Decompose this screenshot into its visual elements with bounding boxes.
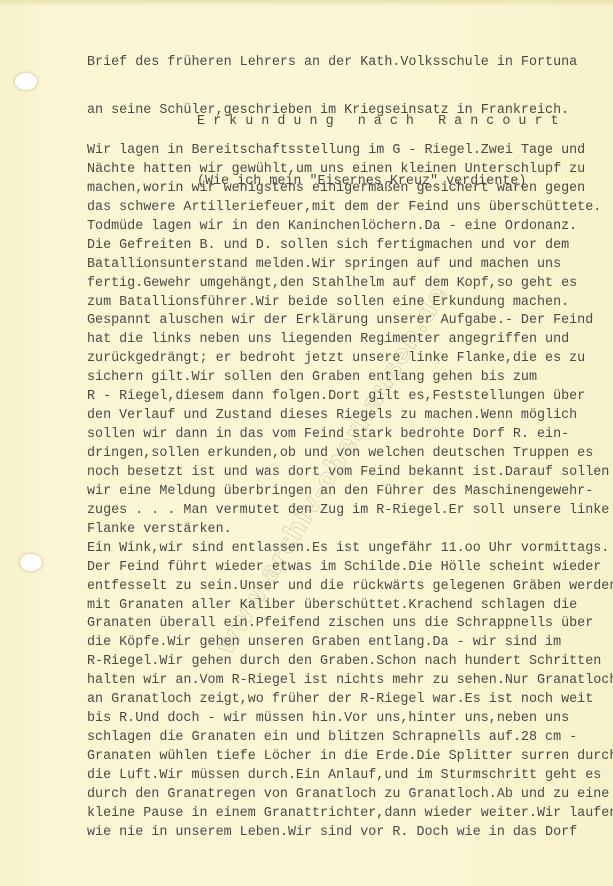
body-line: entfesselt zu sein.Unser und die rückwär…: [87, 578, 613, 597]
body-line: Gespannt aluschen wir der Erklärung unse…: [87, 312, 613, 331]
body-line: halten wir an.Vom R-Riegel ist nichts me…: [87, 672, 613, 691]
body-line: Granaten wühlen tiefe Löcher in die Erde…: [87, 748, 613, 767]
letter-body: Wir lagen in Bereitschaftsstellung im G …: [87, 142, 613, 843]
document-page: Brief des früheren Lehrers an der Kath.V…: [0, 0, 613, 886]
body-line: die Luft.Wir müssen durch.Ein Anlauf,und…: [87, 767, 613, 786]
body-line: Todmüde lagen wir in den Kaninchenlöcher…: [87, 218, 613, 237]
body-line: machen,worin wir wenigstens einigermaßen…: [87, 180, 613, 199]
body-line: an Granatloch zeigt,wo früher der R-Rieg…: [87, 691, 613, 710]
body-line: Batallionsunterstand melden.Wir springen…: [87, 256, 613, 275]
body-line: mit Granaten aller Kaliber überschüttet.…: [87, 597, 613, 616]
body-line: die Köpfe.Wir gehen unseren Graben entla…: [87, 634, 613, 653]
body-line: schlagen die Granaten ein und blitzen Sc…: [87, 729, 613, 748]
body-line: Wir lagen in Bereitschaftsstellung im G …: [87, 142, 613, 161]
punch-hole-top: [15, 73, 37, 90]
body-line: wir eine Meldung überbringen an den Führ…: [87, 483, 613, 502]
body-line: R - Riegel,diesem dann folgen.Dort gilt …: [87, 388, 613, 407]
body-line: zurückgedrängt; er bedroht jetzt unsere …: [87, 350, 613, 369]
body-line: Flanke verstärken.: [87, 521, 613, 540]
punch-hole-bottom: [20, 554, 42, 571]
body-line: bis R.Und doch - wir müssen hin.Vor uns,…: [87, 710, 613, 729]
body-line: kleine Pause in einem Granattrichter,dan…: [87, 805, 613, 824]
body-line: durch den Granatregen von Granatloch zu …: [87, 786, 613, 805]
body-line: Nächte hatten wir gewühlt,um uns einen k…: [87, 161, 613, 180]
body-line: Granaten überall ein.Pfeifend zischen un…: [87, 615, 613, 634]
header-line: Brief des früheren Lehrers an der Kath.V…: [87, 55, 577, 71]
body-line: Ein Wink,wir sind entlassen.Es ist ungef…: [87, 540, 613, 559]
letter-title: E r k u n d u n g n a c h R a n c o u r …: [197, 112, 559, 132]
body-line: sichern gilt.Wir sollen den Graben entla…: [87, 369, 613, 388]
body-line: zuges . . . Man vermutet den Zug im R-Ri…: [87, 502, 613, 521]
body-line: wie nie in unserem Leben.Wir sind vor R.…: [87, 824, 613, 843]
body-line: Die Gefreiten B. und D. sollen sich fert…: [87, 237, 613, 256]
body-line: das schwere Artilleriefeuer,mit dem der …: [87, 199, 613, 218]
body-line: fertig.Gewehr umgehängt,den Stahlhelm au…: [87, 275, 613, 294]
body-line: R-Riegel.Wir gehen durch den Graben.Scho…: [87, 653, 613, 672]
body-line: Der Feind führt wieder etwas im Schilde.…: [87, 559, 613, 578]
body-line: hat die links neben uns liegenden Regime…: [87, 331, 613, 350]
body-line: zum Batallionsführer.Wir beide sollen ei…: [87, 294, 613, 313]
